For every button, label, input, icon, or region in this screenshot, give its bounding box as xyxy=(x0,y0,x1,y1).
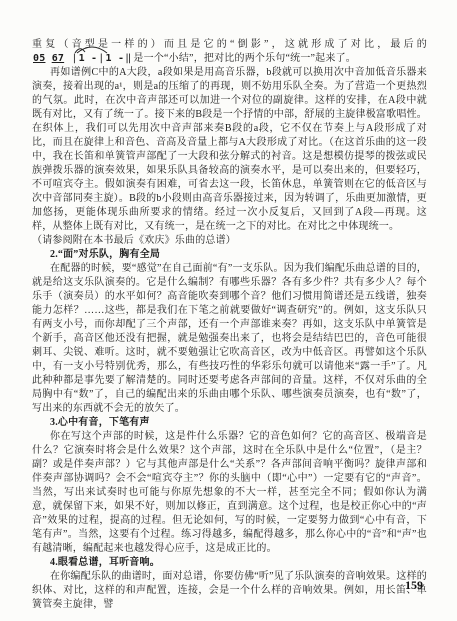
barline: | xyxy=(70,53,78,64)
section-heading-2: 2.“面”对乐队，胸有全局 xyxy=(32,248,427,262)
notation-measure-1: 1 - xyxy=(79,53,98,64)
page-number: 159 xyxy=(405,578,423,593)
paragraph: 在配器的时候，要“感觉”在自己面前“有”一支乐队。因为我们编配乐曲总谱的目的，就… xyxy=(32,262,427,416)
notation-measures: |1 -|1 -‖ xyxy=(70,52,132,66)
paragraph-continuation: 重复（音型是一样的）而且是它的“倒影”，这就形成了对比，最后的05 67 |1 … xyxy=(32,38,427,66)
para1-text-before: 重复（音型是一样的）而且是它的“倒影”，这就形成了对比，最后的 xyxy=(32,39,427,50)
jianpu-notation: 05 67 |1 -|1 -‖ xyxy=(32,53,133,64)
paragraph: 再如谱例C中的A大段，a段如果是用高音乐器，b段就可以换用次中音加低音乐器来演奏… xyxy=(32,66,427,234)
notation-figures-1: 05 xyxy=(33,53,45,64)
book-page: 重复（音型是一样的）而且是它的“倒影”，这就形成了对比，最后的05 67 |1 … xyxy=(0,0,457,621)
score-reference-note: （请参阅附在本书最后《欢庆》乐曲的总谱） xyxy=(32,234,427,248)
section-heading-3: 3.心中有音，下笔有声 xyxy=(32,416,427,430)
body-text: 重复（音型是一样的）而且是它的“倒影”，这就形成了对比，最后的05 67 |1 … xyxy=(32,38,427,612)
barline: | xyxy=(97,53,105,64)
section-heading-4: 4.眼看总谱，耳听音响。 xyxy=(32,556,427,570)
double-barline: ‖ xyxy=(124,53,132,64)
paragraph: 你在写这个声部的时候，这是件什么乐器？它的音色如何？它的高音区、极端音是什么？它… xyxy=(32,430,427,556)
para1-text-after: 是一个“小结”，把对比的两个乐句“统一”起来了。 xyxy=(133,53,356,64)
notation-figures-2: 67 xyxy=(52,53,64,64)
paragraph: 在你编配乐队的曲谱时，面对总谱，你要仿佛“听”见了乐队演奏的音响效果。这样的织体… xyxy=(32,570,427,612)
notation-measure-2: 1 - xyxy=(106,53,125,64)
